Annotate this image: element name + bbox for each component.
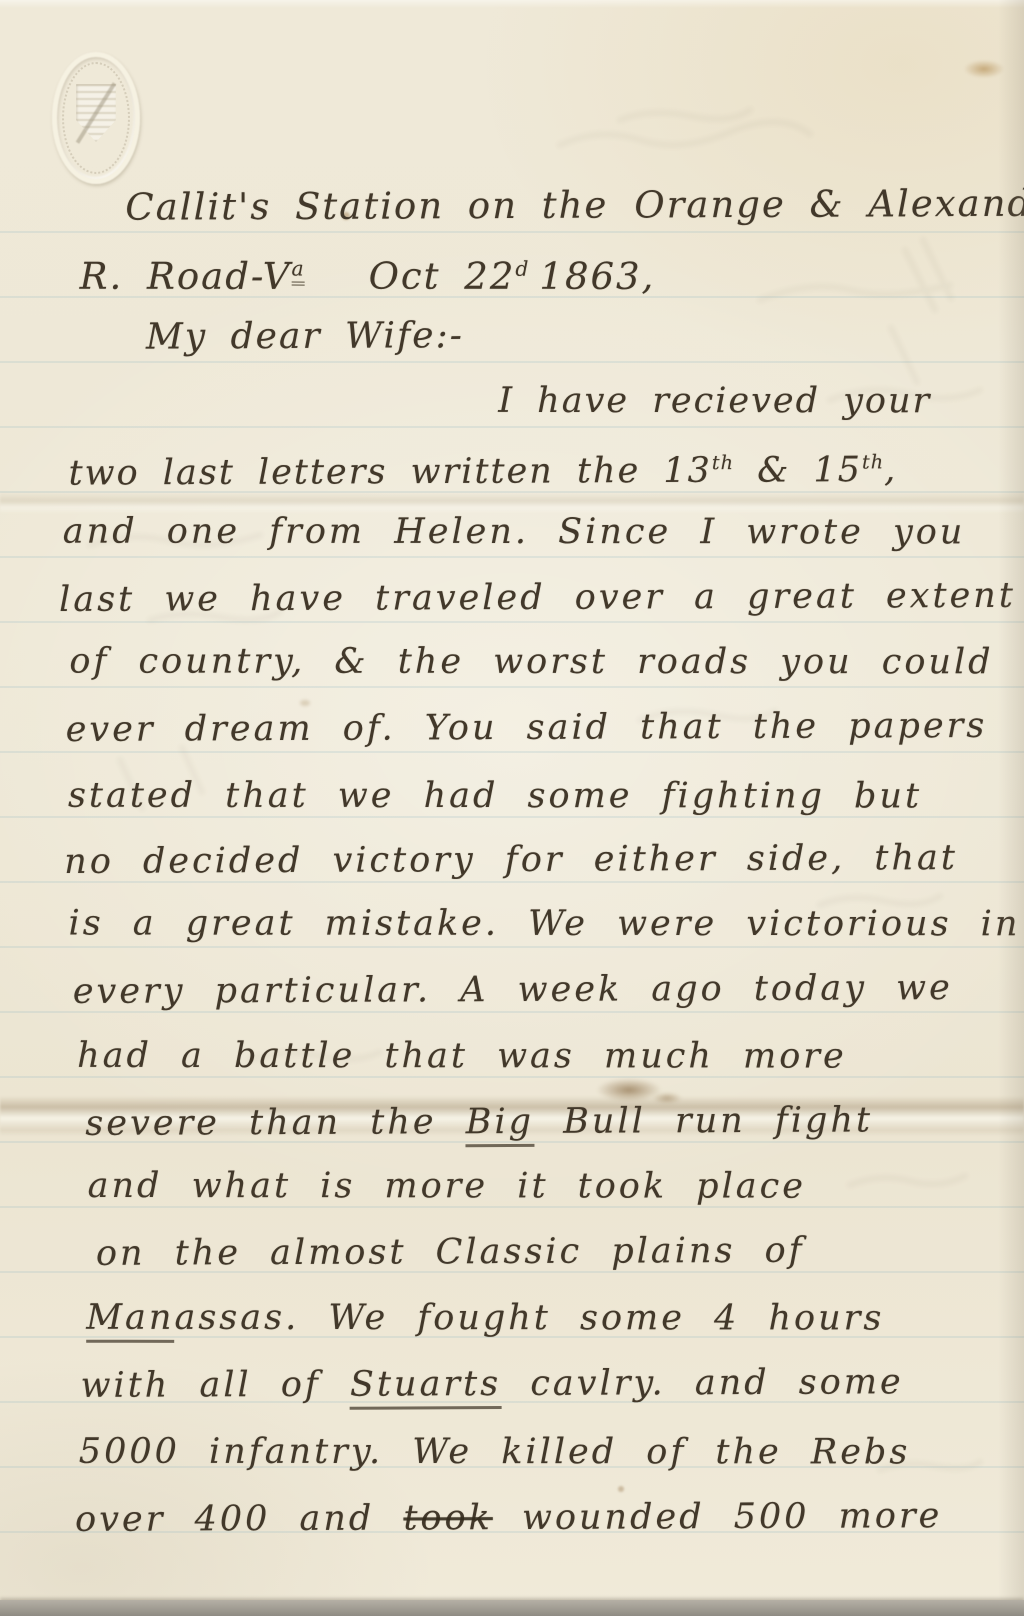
letter-line: I have recieved your xyxy=(498,377,931,425)
text-run: last we have traveled over a great exten… xyxy=(59,576,1016,620)
underlined-word: Stuarts xyxy=(350,1364,501,1410)
superscript: th xyxy=(862,450,884,473)
letter-line: two last letters written the 13th & 15th… xyxy=(68,438,897,497)
letter-line: no decided victory for either side, that xyxy=(64,834,958,886)
underlined-word: Big xyxy=(466,1102,535,1147)
text-run: R. Road-V xyxy=(80,255,292,298)
text-run: severe than the xyxy=(85,1102,465,1144)
text-run: Orange & Alexandria xyxy=(634,181,1024,226)
text-run: Oct 22 xyxy=(369,255,516,298)
letter-line: stated that we had some fighting but xyxy=(68,772,922,821)
letter-line: on the almost Classic plains of xyxy=(96,1227,805,1278)
letter-line: severe than the Big Bull run fight xyxy=(85,1096,873,1147)
letter-line-salutation: My dear Wife:- xyxy=(146,312,464,361)
letter-line: and what is more it took place xyxy=(88,1162,806,1211)
letter-line: Manassas. We fought some 4 hours xyxy=(86,1294,884,1343)
letter-scan-page: Callit's Station on theOrange & Alexandr… xyxy=(0,0,1024,1616)
text-run: Callit's Station on the xyxy=(125,184,608,229)
text-run: and what is more it took place xyxy=(88,1166,806,1207)
letter-line: every particular. A week ago today we xyxy=(73,964,953,1016)
superscript: th xyxy=(712,451,734,474)
text-run: two last letters written the 13 xyxy=(68,451,712,494)
text-run: of country, & the worst roads you could xyxy=(69,642,993,683)
text-run: My dear Wife:- xyxy=(146,315,464,357)
letter-line: had a battle that was much more xyxy=(77,1032,847,1081)
underlined-word: Man xyxy=(86,1298,174,1343)
text-run: is a great mistake. We were victorious i… xyxy=(68,903,1020,944)
text-run: 5000 infantry. We killed of the Rebs xyxy=(79,1432,911,1473)
text-run: and one from Helen. Since I wrote you xyxy=(63,512,966,553)
letter-line: of country, & the worst roads you could xyxy=(69,638,993,687)
handwritten-letter-text: Callit's Station on theOrange & Alexandr… xyxy=(0,0,1024,1616)
letter-line-heading-place: Callit's Station on theOrange & Alexandr… xyxy=(125,179,1024,231)
superscript: a xyxy=(291,257,304,286)
text-run: cavlry. and some xyxy=(501,1362,904,1404)
letter-line-dateline: R. Road-VaOct 22d1863, xyxy=(80,244,656,301)
text-run: wounded 500 more xyxy=(493,1496,943,1538)
text-run: , xyxy=(884,450,897,490)
letter-line: with all of Stuarts cavlry. and some xyxy=(80,1358,903,1410)
letter-line: is a great mistake. We were victorious i… xyxy=(68,899,1020,948)
text-run: with all of xyxy=(80,1365,350,1406)
text-run: I have recieved your xyxy=(498,381,931,421)
text-run: 1863, xyxy=(539,255,655,298)
text-run: had a battle that was much more xyxy=(77,1036,847,1077)
letter-line: 5000 infantry. We killed of the Rebs xyxy=(79,1428,911,1477)
text-run: over 400 and xyxy=(75,1498,403,1539)
text-run: assas. We fought some 4 hours xyxy=(174,1298,884,1339)
text-run: no decided victory for either side, that xyxy=(64,838,958,882)
text-run: & 15 xyxy=(734,450,862,491)
text-run: stated that we had some fighting but xyxy=(68,776,922,817)
text-run: every particular. A week ago today we xyxy=(73,968,953,1012)
letter-line: ever dream of. You said that the papers xyxy=(66,702,988,754)
text-run: on the almost Classic plains of xyxy=(96,1231,805,1274)
text-run: ever dream of. You said that the papers xyxy=(66,706,988,750)
struck-through-word: took xyxy=(403,1498,493,1538)
text-run: Bull run fight xyxy=(534,1100,873,1141)
letter-line: and one from Helen. Since I wrote you xyxy=(63,508,966,557)
letter-line: over 400 and took wounded 500 more xyxy=(75,1492,942,1544)
letter-line: last we have traveled over a great exten… xyxy=(59,572,1016,624)
superscript: d xyxy=(515,257,529,281)
